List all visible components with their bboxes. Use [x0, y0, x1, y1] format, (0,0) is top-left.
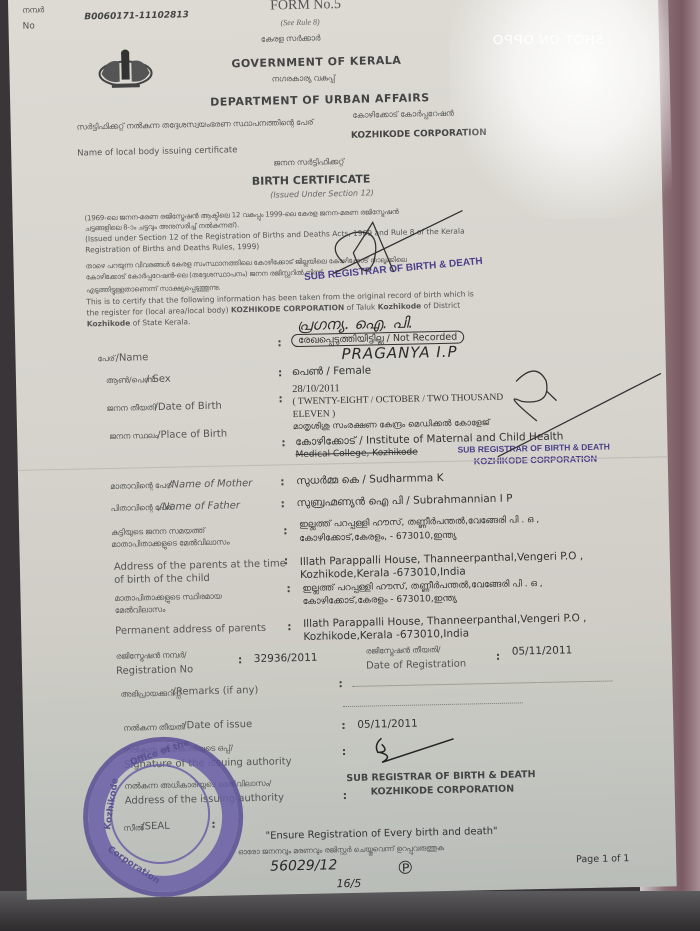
colon: : [280, 497, 285, 510]
signature-scribble-icon [496, 358, 668, 462]
handwritten-date: 16/5 [336, 877, 361, 891]
pob-label: /Place of Birth [157, 429, 227, 441]
addr-birth-value-ml: ഇല്ലത്ത് പറപ്പള്ളി ഹൗസ്, തണ്ണീർപന്തൽ,വേങ… [299, 515, 539, 530]
dob-label: /Date of Birth [154, 401, 221, 413]
handwritten-initials-icon: ℗ [396, 858, 414, 879]
name-label-ml: പേര് [97, 354, 114, 364]
colon: : [280, 475, 285, 488]
dob-words: ( TWENTY-EIGHT / OCTOBER / TWO THOUSAND [292, 393, 503, 407]
addr-perm-label-ml: മേൽവിലാസം [115, 605, 166, 616]
seal-inner-ring [109, 763, 211, 865]
serial-label: No [22, 21, 34, 31]
issued-under: (Issued Under Section 12) [270, 188, 374, 199]
handwritten-reference: 56029/12 [270, 857, 337, 874]
dob-label-ml: ജനന തീയതി [106, 403, 155, 414]
see-rule: (See Rule 8) [280, 17, 319, 27]
addr-birth-value-ml: കോഴിക്കോട്,കേരളം, - 673010,ഇന്ത്യ [299, 531, 456, 544]
colon: : [287, 620, 292, 633]
pob-label-ml: ജനന സ്ഥലം [109, 431, 158, 442]
colon: : [342, 745, 347, 758]
divider [343, 701, 523, 707]
colon: : [281, 436, 286, 449]
remarks-label: /Remarks (if any) [172, 685, 258, 698]
issue-date-label: /Date of issue [183, 719, 252, 731]
serial-label-ml: നമ്പർ [22, 5, 44, 15]
colon: : [238, 653, 243, 666]
addr-perm-value: Kozhikode,Kerala -673010,India [303, 627, 469, 642]
dob-value: 28/10/2011 [292, 383, 340, 395]
issuer-address-value: SUB REGISTRAR OF BIRTH & DEATH [346, 769, 535, 784]
certificate-title: BIRTH CERTIFICATE [252, 172, 371, 187]
pob-value-ml: മാതൃശിശു സംരക്ഷണ കേന്ദ്രം മെഡിക്കൽ കോളേജ… [293, 418, 490, 432]
colon: : [496, 650, 501, 663]
reg-date-value: 05/11/2011 [512, 644, 573, 657]
addr-birth-value: Kozhikode,Kerala -673010,India [300, 566, 466, 581]
local-body-name: KOZHIKODE CORPORATION [351, 128, 487, 141]
mother-label-ml: മാതാവിന്റെ പേര് [110, 481, 172, 492]
govt-title: GOVERNMENT OF KERALA [231, 54, 401, 71]
certificate-title-ml: ജനന സർട്ടിഫിക്കറ്റ് [273, 157, 344, 168]
colon: : [278, 366, 283, 379]
local-body-ml: കോഴിക്കോട് കോർപ്പറേഷൻ [352, 109, 453, 121]
father-label: /Name of Father [159, 500, 240, 513]
colon: : [283, 524, 288, 537]
footer-slogan-ml: ഓരോ ജനനവും മരണവും രജിസ്റ്റർ ചെയ്തുവെന്ന്… [238, 843, 444, 857]
dob-words: ELEVEN ) [293, 409, 336, 420]
addr-birth-label-ml: കുട്ടിയുടെ ജനന സമയത്ത് [111, 526, 205, 538]
colon: : [338, 677, 343, 690]
addr-birth-label: of birth of the child [114, 573, 210, 586]
preamble-en-line: Registration of Births and Deaths Rules,… [85, 242, 259, 255]
addr-perm-label: Permanent address of parents [115, 623, 266, 637]
colon: : [284, 554, 289, 567]
pob-value: Medical College, Kozhikode [295, 448, 417, 461]
addr-birth-label: Address of the parents at the time [114, 558, 286, 573]
issue-date-label-ml: നൽകുന്ന തീയതി [123, 722, 184, 733]
dept-title: DEPARTMENT OF URBAN AFFAIRS [210, 91, 430, 109]
local-body-label: Name of local body issuing certificate [77, 145, 237, 158]
kerala-emblem-icon [97, 47, 154, 90]
name-handwritten: PRAGANYA I.P [341, 343, 457, 363]
reg-date-label-ml: രജിസ്ട്രേഷൻ തീയതി/ [366, 645, 441, 657]
colon: : [278, 392, 283, 405]
colon: : [277, 336, 282, 349]
camera-watermark: SHOT ON OPPO [492, 32, 604, 47]
colon: : [341, 719, 346, 732]
colon: : [286, 582, 291, 595]
reg-no-value: 32936/2011 [254, 652, 318, 665]
issuer-address-value: KOZHIKODE CORPORATION [371, 784, 515, 798]
reg-no-label: Registration No [116, 664, 193, 677]
name-label: /Name [115, 352, 148, 364]
local-body-label-ml: സർട്ടിഫിക്കറ്റ് നൽകുന്ന തദ്ദേശസ്വയംഭരണ സ… [77, 118, 314, 133]
page-indicator: Page 1 of 1 [576, 853, 630, 865]
govt-title-ml: കേരള സർക്കാർ [261, 33, 321, 44]
footer-slogan: "Ensure Registration of Every birth and … [265, 826, 497, 842]
birth-certificate-document: നമ്പർ No B0060171-11102813 FORM No.5 (Se… [8, 0, 677, 900]
form-number: FORM No.5 [270, 0, 341, 15]
issuer-signature-icon [363, 730, 474, 768]
addr-perm-value-ml: കോഴിക്കോട്,കേരളം - 673010,ഇന്ത്യ [303, 594, 457, 607]
mother-value: സുധർമ്മ കെ / Sudharmma K [296, 472, 444, 488]
sex-value: പെൺ / Female [292, 364, 372, 379]
issue-date-value: 05/11/2011 [357, 718, 418, 731]
addr-perm-value-ml: ഇല്ലത്ത് പറപ്പള്ളി ഹൗസ്, തണ്ണീർപന്തൽ,വേങ… [302, 579, 542, 594]
addr-perm-label-ml: മാതാപിതാക്കളുടെ സ്ഥിരമായ [114, 592, 221, 604]
sex-label: / Sex [146, 374, 171, 386]
certify-ml-line: എടുത്തിട്ടുള്ളതാണെന്ന് സാക്ഷ്യപ്പെടുത്തു… [86, 284, 221, 296]
addr-birth-label-ml: മാതാപിതാക്കളുടെ മേൽവിലാസം [111, 537, 229, 549]
signature-scribble-icon [312, 200, 474, 293]
father-value: സുബ്രഹ്മണ്യൻ ഐ പി / Subrahmannian I P [296, 493, 512, 511]
dept-title-ml: നഗരകാര്യ വകുപ്പ് [272, 73, 336, 84]
reg-date-label: Date of Registration [366, 659, 466, 672]
remarks-value-blank [352, 679, 612, 686]
colon: : [343, 789, 348, 802]
reg-no-label-ml: രജിസ്ട്രേഷൻ നമ്പർ/ [116, 650, 187, 661]
serial-number: B0060171-11102813 [84, 10, 189, 22]
certify-en-line: Kozhikode of State Kerala. [87, 317, 191, 328]
mother-label: /Name of Mother [168, 478, 252, 491]
